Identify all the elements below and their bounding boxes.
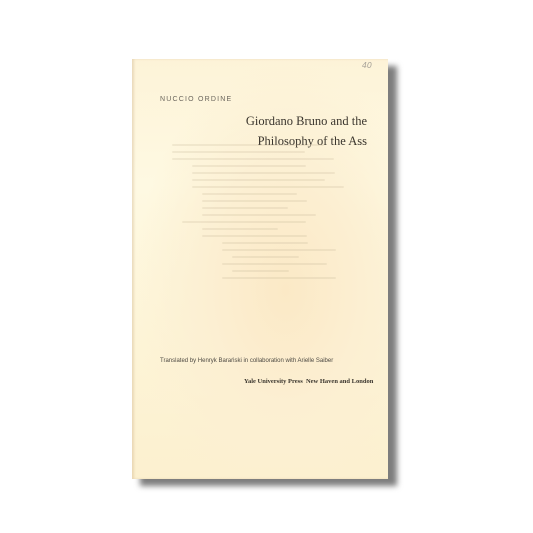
handwritten-page-number: 40 [362, 61, 372, 70]
title-page: 40 NUCCIO ORDINE Giordano Bruno and the … [132, 59, 388, 479]
title-line-1: Giordano Bruno and the [246, 111, 367, 131]
translator-credit: Translated by Henryk Barański in collabo… [160, 358, 333, 364]
author-name: NUCCIO ORDINE [160, 96, 232, 103]
publisher-imprint: Yale University Press New Haven and Lond… [244, 378, 373, 385]
